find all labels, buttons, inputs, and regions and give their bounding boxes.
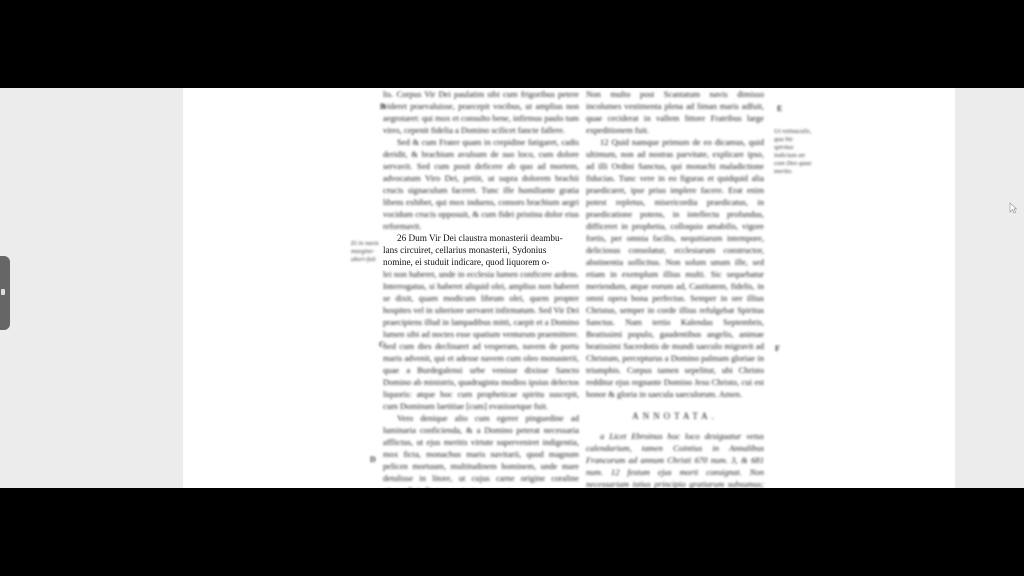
paragraph: 12 Quid namque primum de eo dicamus, qui… <box>586 136 764 400</box>
paragraph: lis. Corpus Vir Dei paulatim sibi cum fr… <box>383 88 579 136</box>
paragraph-line: lans circuiret, cellarius monasterii, Sy… <box>383 244 579 256</box>
paragraph-line: nomine, ei studuit indicare, quod liquor… <box>383 256 579 268</box>
margin-marker: E <box>777 104 782 113</box>
left-column: lis. Corpus Vir Dei paulatim sibi cum fr… <box>383 88 579 488</box>
paragraph: Non multo post Scantatum navis dimisso i… <box>586 88 764 136</box>
margin-marker: B <box>380 102 385 111</box>
side-drag-handle[interactable] <box>0 256 10 330</box>
document-page: lis. Corpus Vir Dei paulatim sibi cum fr… <box>183 88 955 488</box>
right-margin-note: Ut retinaculis, qua hic spiritus indiciu… <box>774 128 814 176</box>
left-margin-note: Et in navis margine-uberi-fuit <box>351 240 385 264</box>
paragraph: Vero denique alio cum egerer pinguedine … <box>383 412 579 488</box>
margin-marker: D <box>370 455 376 464</box>
section-heading: ANNOTATA. <box>586 410 764 422</box>
paragraph: lei non haberet, unde in ecclesia lumen … <box>383 268 579 412</box>
paragraph: Sed & cum Frater quam in crepidine fatig… <box>383 136 579 232</box>
margin-marker: C <box>379 340 385 349</box>
document-viewer[interactable]: lis. Corpus Vir Dei paulatim sibi cum fr… <box>0 88 1024 488</box>
mouse-cursor-icon <box>1009 202 1017 214</box>
annotation-note: a Licet Ebroinus hoc loco desiguatur vet… <box>586 430 764 488</box>
handle-grip-icon <box>1 289 5 295</box>
margin-marker: F <box>775 344 780 353</box>
right-column: Non multo post Scantatum navis dimisso i… <box>586 88 764 488</box>
paragraph-line: 26 Dum Vir Dei claustra monasterii deamb… <box>383 232 579 244</box>
